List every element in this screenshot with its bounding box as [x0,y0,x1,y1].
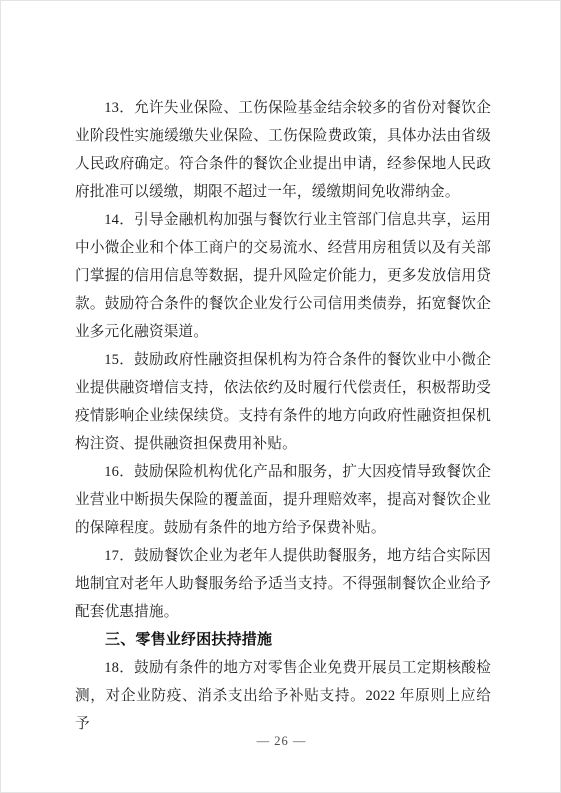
document-body: 13．允许失业保险、工伤保险基金结余较多的省份对餐饮企 业阶段性实施缓缴失业保险… [75,94,491,710]
para-15-line: 疫情影响企业续保续贷。支持有条件的地方向政府性融资担保机 [75,402,491,430]
para-13-line: 业阶段性实施缓缴失业保险、工伤保险费政策，具体办法由省级 [75,122,491,150]
para-17-line: 地制宜对老年人助餐服务给予适当支持。不得强制餐饮企业给予 [75,570,491,598]
para-13-line: 13．允许失业保险、工伤保险基金结余较多的省份对餐饮企 [75,94,491,122]
para-13-line: 人民政府确定。符合条件的餐饮企业提出申请，经参保地人民政 [75,150,491,178]
para-16-line: 16．鼓励保险机构优化产品和服务，扩大因疫情导致餐饮企 [75,458,491,486]
section-heading: 三、零售业纾困扶持措施 [75,626,491,654]
para-15-line: 15．鼓励政府性融资担保机构为符合条件的餐饮业中小微企 [75,346,491,374]
para-14-line: 中小微企业和个体工商户的交易流水、经营用房租赁以及有关部 [75,234,491,262]
document-page: 13．允许失业保险、工伤保险基金结余较多的省份对餐饮企 业阶段性实施缓缴失业保险… [0,0,561,793]
para-15-line: 业提供融资增信支持，依法依约及时履行代偿责任，积极帮助受 [75,374,491,402]
para-13-line: 府批准可以缓缴，期限不超过一年，缓缴期间免收滞纳金。 [75,178,491,206]
para-14-line: 14．引导金融机构加强与餐饮行业主管部门信息共享，运用 [75,206,491,234]
para-17-line: 17．鼓励餐饮企业为老年人提供助餐服务，地方结合实际因 [75,542,491,570]
para-16-line: 业营业中断损失保险的覆盖面，提升理赔效率，提高对餐饮企业 [75,486,491,514]
para-14-line: 款。鼓励符合条件的餐饮企业发行公司信用类债券，拓宽餐饮企 [75,290,491,318]
para-18-line: 测，对企业防疫、消杀支出给予补贴支持。2022 年原则上应给予 [75,682,491,710]
para-16-line: 的保障程度。鼓励有条件的地方给予保费补贴。 [75,514,491,542]
para-18-line: 18．鼓励有条件的地方对零售企业免费开展员工定期核酸检 [75,654,491,682]
para-15-line: 构注资、提供融资担保费用补贴。 [75,430,491,458]
page-number: — 26 — [1,732,561,750]
para-17-line: 配套优惠措施。 [75,598,491,626]
para-14-line: 业多元化融资渠道。 [75,318,491,346]
para-14-line: 门掌握的信用信息等数据，提升风险定价能力，更多发放信用贷 [75,262,491,290]
